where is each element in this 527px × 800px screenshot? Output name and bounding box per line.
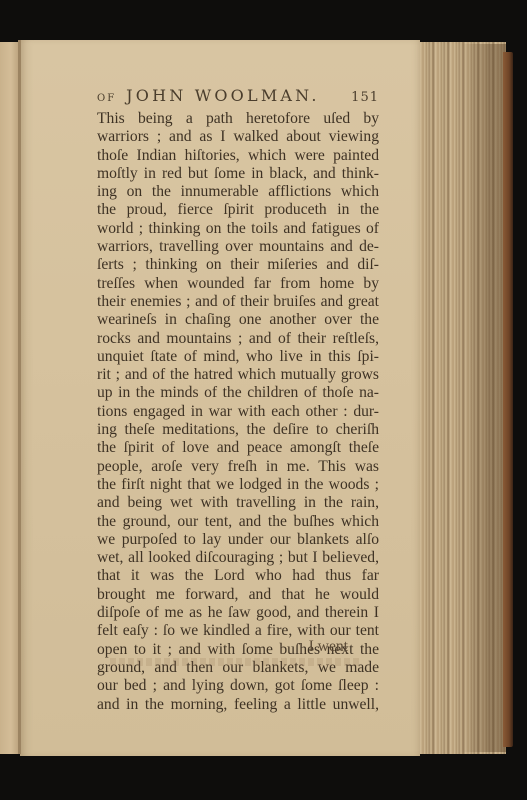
text-line: treſſes when wounded far from home by <box>97 275 379 293</box>
ink-show-through <box>110 658 360 666</box>
text-line: rocks and mountains ; and of their reſtl… <box>97 330 379 348</box>
text-line: wearineſs in chaſing one another over th… <box>97 311 379 329</box>
text-line: the firſt night that we lodged in the wo… <box>97 476 379 494</box>
catchword: I went <box>97 638 348 656</box>
text-line: moſtly in red but ſome in black, and thi… <box>97 165 379 183</box>
text-line: ſerts ; thinking on their miſeries and d… <box>97 256 379 274</box>
text-line: the proud, fierce ſpirit produceth in th… <box>97 201 379 219</box>
text-line: we purpoſed to lay under our blankets al… <box>97 531 379 549</box>
text-line: ing theſe meditations, the deſire to che… <box>97 421 379 439</box>
text-line: warriors, travelling over mountains and … <box>97 238 379 256</box>
text-line: thoſe Indian hiſtories, which were paint… <box>97 147 379 165</box>
running-head-title: JOHN WOOLMAN. <box>126 86 319 105</box>
text-line: diſpoſe of me as he ſaw good, and therei… <box>97 604 379 622</box>
page-stack-shadow <box>460 44 506 752</box>
text-line: rit ; and of the hatred which mutually g… <box>97 366 379 384</box>
gutter <box>18 40 21 754</box>
page-number: 151 <box>351 90 379 105</box>
text-line: the ſpirit of love and peace amongſt the… <box>97 439 379 457</box>
text-line: their enemies ; and of their bruiſes and… <box>97 293 379 311</box>
text-line: our bed ; and lying down, got ſome ſleep… <box>97 677 379 695</box>
cover-edge <box>503 52 513 747</box>
text-line: wet, all looked diſcouraging ; but I bel… <box>97 549 379 567</box>
text-line: and in the morning, feeling a little unw… <box>97 696 379 714</box>
text-line: people, aroſe very freſh in me. This was <box>97 458 379 476</box>
text-line: tions engaged in war with each other : d… <box>97 403 379 421</box>
running-head: OF JOHN WOOLMAN. 151 <box>97 86 379 108</box>
text-line: brought me forward, and that he would <box>97 586 379 604</box>
text-line: the ground, our tent, and the buſhes whi… <box>97 513 379 531</box>
body-text: This being a path heretofore uſed by war… <box>97 110 379 714</box>
text-line: unquiet ſtate of mind, who live in this … <box>97 348 379 366</box>
text-line: world ; thinking on the toils and fatigu… <box>97 220 379 238</box>
running-head-prefix: OF <box>97 93 116 104</box>
text-line: ing on the innumerable afflictions which <box>97 183 379 201</box>
text-line: and being wet with travelling in the rai… <box>97 494 379 512</box>
text-line: up in the minds of the children of thoſe… <box>97 384 379 402</box>
facing-page-edge <box>0 42 20 754</box>
text-line: that it was the Lord who had thus far <box>97 567 379 585</box>
text-line: warriors ; and as I walked about viewing <box>97 128 379 146</box>
text-line: This being a path heretofore uſed by <box>97 110 379 128</box>
